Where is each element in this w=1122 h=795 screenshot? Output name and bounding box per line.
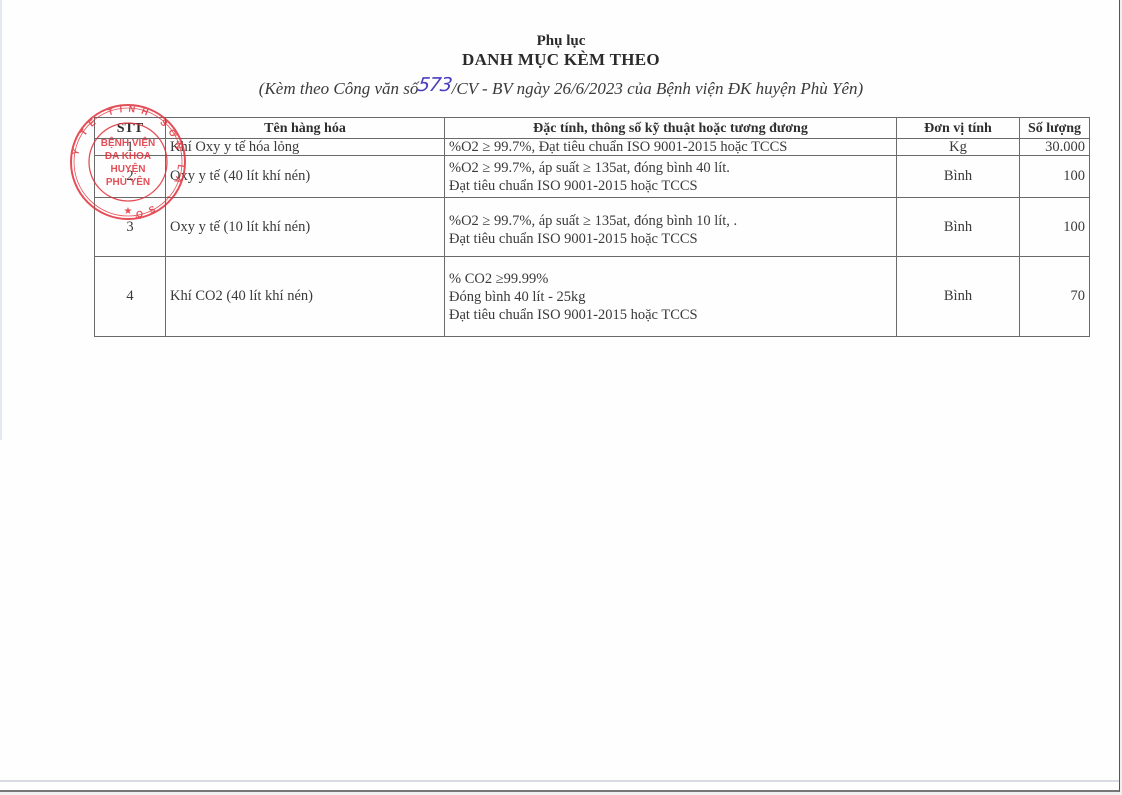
row-name: Khí CO2 (40 lít khí nén)	[166, 257, 445, 337]
row-spec: % CO2 ≥99.99% Đóng bình 40 lít - 25kg Đạ…	[445, 257, 897, 337]
row-name: Khí Oxy y tế hóa lỏng	[166, 139, 445, 156]
row-stt: 4	[95, 257, 166, 337]
row-unit: Bình	[897, 257, 1020, 337]
document-title: DANH MỤC KÈM THEO	[0, 50, 1122, 70]
row-unit: Bình	[897, 156, 1020, 198]
spec-line: Đóng bình 40 lít - 25kg	[449, 288, 892, 306]
scan-artifact-line	[0, 780, 1119, 782]
reference-suffix: /CV - BV ngày 26/6/2023 của Bệnh viện ĐK…	[452, 79, 864, 98]
table-row: 1 Khí Oxy y tế hóa lỏng %O2 ≥ 99.7%, Đạt…	[95, 139, 1090, 156]
document-reference: (Kèm theo Công văn số573/CV - BV ngày 26…	[0, 77, 1122, 99]
header-qty: Số lượng	[1020, 118, 1090, 139]
reference-prefix: (Kèm theo Công văn số	[259, 79, 419, 98]
row-qty: 100	[1020, 198, 1090, 257]
table-row: 2 Oxy y tế (40 lít khí nén) %O2 ≥ 99.7%,…	[95, 156, 1090, 198]
row-stt: 3	[95, 198, 166, 257]
row-name: Oxy y tế (10 lít khí nén)	[166, 198, 445, 257]
table-row: 3 Oxy y tế (10 lít khí nén) %O2 ≥ 99.7%,…	[95, 198, 1090, 257]
table-row: 4 Khí CO2 (40 lít khí nén) % CO2 ≥99.99%…	[95, 257, 1090, 337]
row-unit: Bình	[897, 198, 1020, 257]
goods-table: STT Tên hàng hóa Đặc tính, thông số kỹ t…	[94, 117, 1090, 337]
row-stt: 1	[95, 139, 166, 156]
row-qty: 100	[1020, 156, 1090, 198]
spec-line: % CO2 ≥99.99%	[449, 270, 892, 288]
header-spec: Đặc tính, thông số kỹ thuật hoặc tương đ…	[445, 118, 897, 139]
spec-line: %O2 ≥ 99.7%, Đạt tiêu chuẩn ISO 9001-201…	[449, 139, 892, 155]
spec-line: %O2 ≥ 99.7%, áp suất ≥ 135at, đóng bình …	[449, 212, 892, 230]
row-name: Oxy y tế (40 lít khí nén)	[166, 156, 445, 198]
spec-line: Đạt tiêu chuẩn ISO 9001-2015 hoặc TCCS	[449, 230, 892, 248]
spec-line: Đạt tiêu chuẩn ISO 9001-2015 hoặc TCCS	[449, 177, 892, 195]
document-page: Phụ lục DANH MỤC KÈM THEO (Kèm theo Công…	[0, 0, 1120, 792]
table-header-row: STT Tên hàng hóa Đặc tính, thông số kỹ t…	[95, 118, 1090, 139]
row-qty: 30.000	[1020, 139, 1090, 156]
row-spec: %O2 ≥ 99.7%, Đạt tiêu chuẩn ISO 9001-201…	[445, 139, 897, 156]
document-subtitle: Phụ lục	[0, 33, 1122, 50]
row-spec: %O2 ≥ 99.7%, áp suất ≥ 135at, đóng bình …	[445, 198, 897, 257]
row-qty: 70	[1020, 257, 1090, 337]
row-unit: Kg	[897, 139, 1020, 156]
spec-line: %O2 ≥ 99.7%, áp suất ≥ 135at, đóng bình …	[449, 159, 892, 177]
row-stt: 2	[95, 156, 166, 198]
handwritten-document-number: 573	[417, 74, 453, 96]
header-stt: STT	[95, 118, 166, 139]
spec-line: Đạt tiêu chuẩn ISO 9001-2015 hoặc TCCS	[449, 306, 892, 324]
header-unit: Đơn vị tính	[897, 118, 1020, 139]
row-spec: %O2 ≥ 99.7%, áp suất ≥ 135at, đóng bình …	[445, 156, 897, 198]
header-name: Tên hàng hóa	[166, 118, 445, 139]
